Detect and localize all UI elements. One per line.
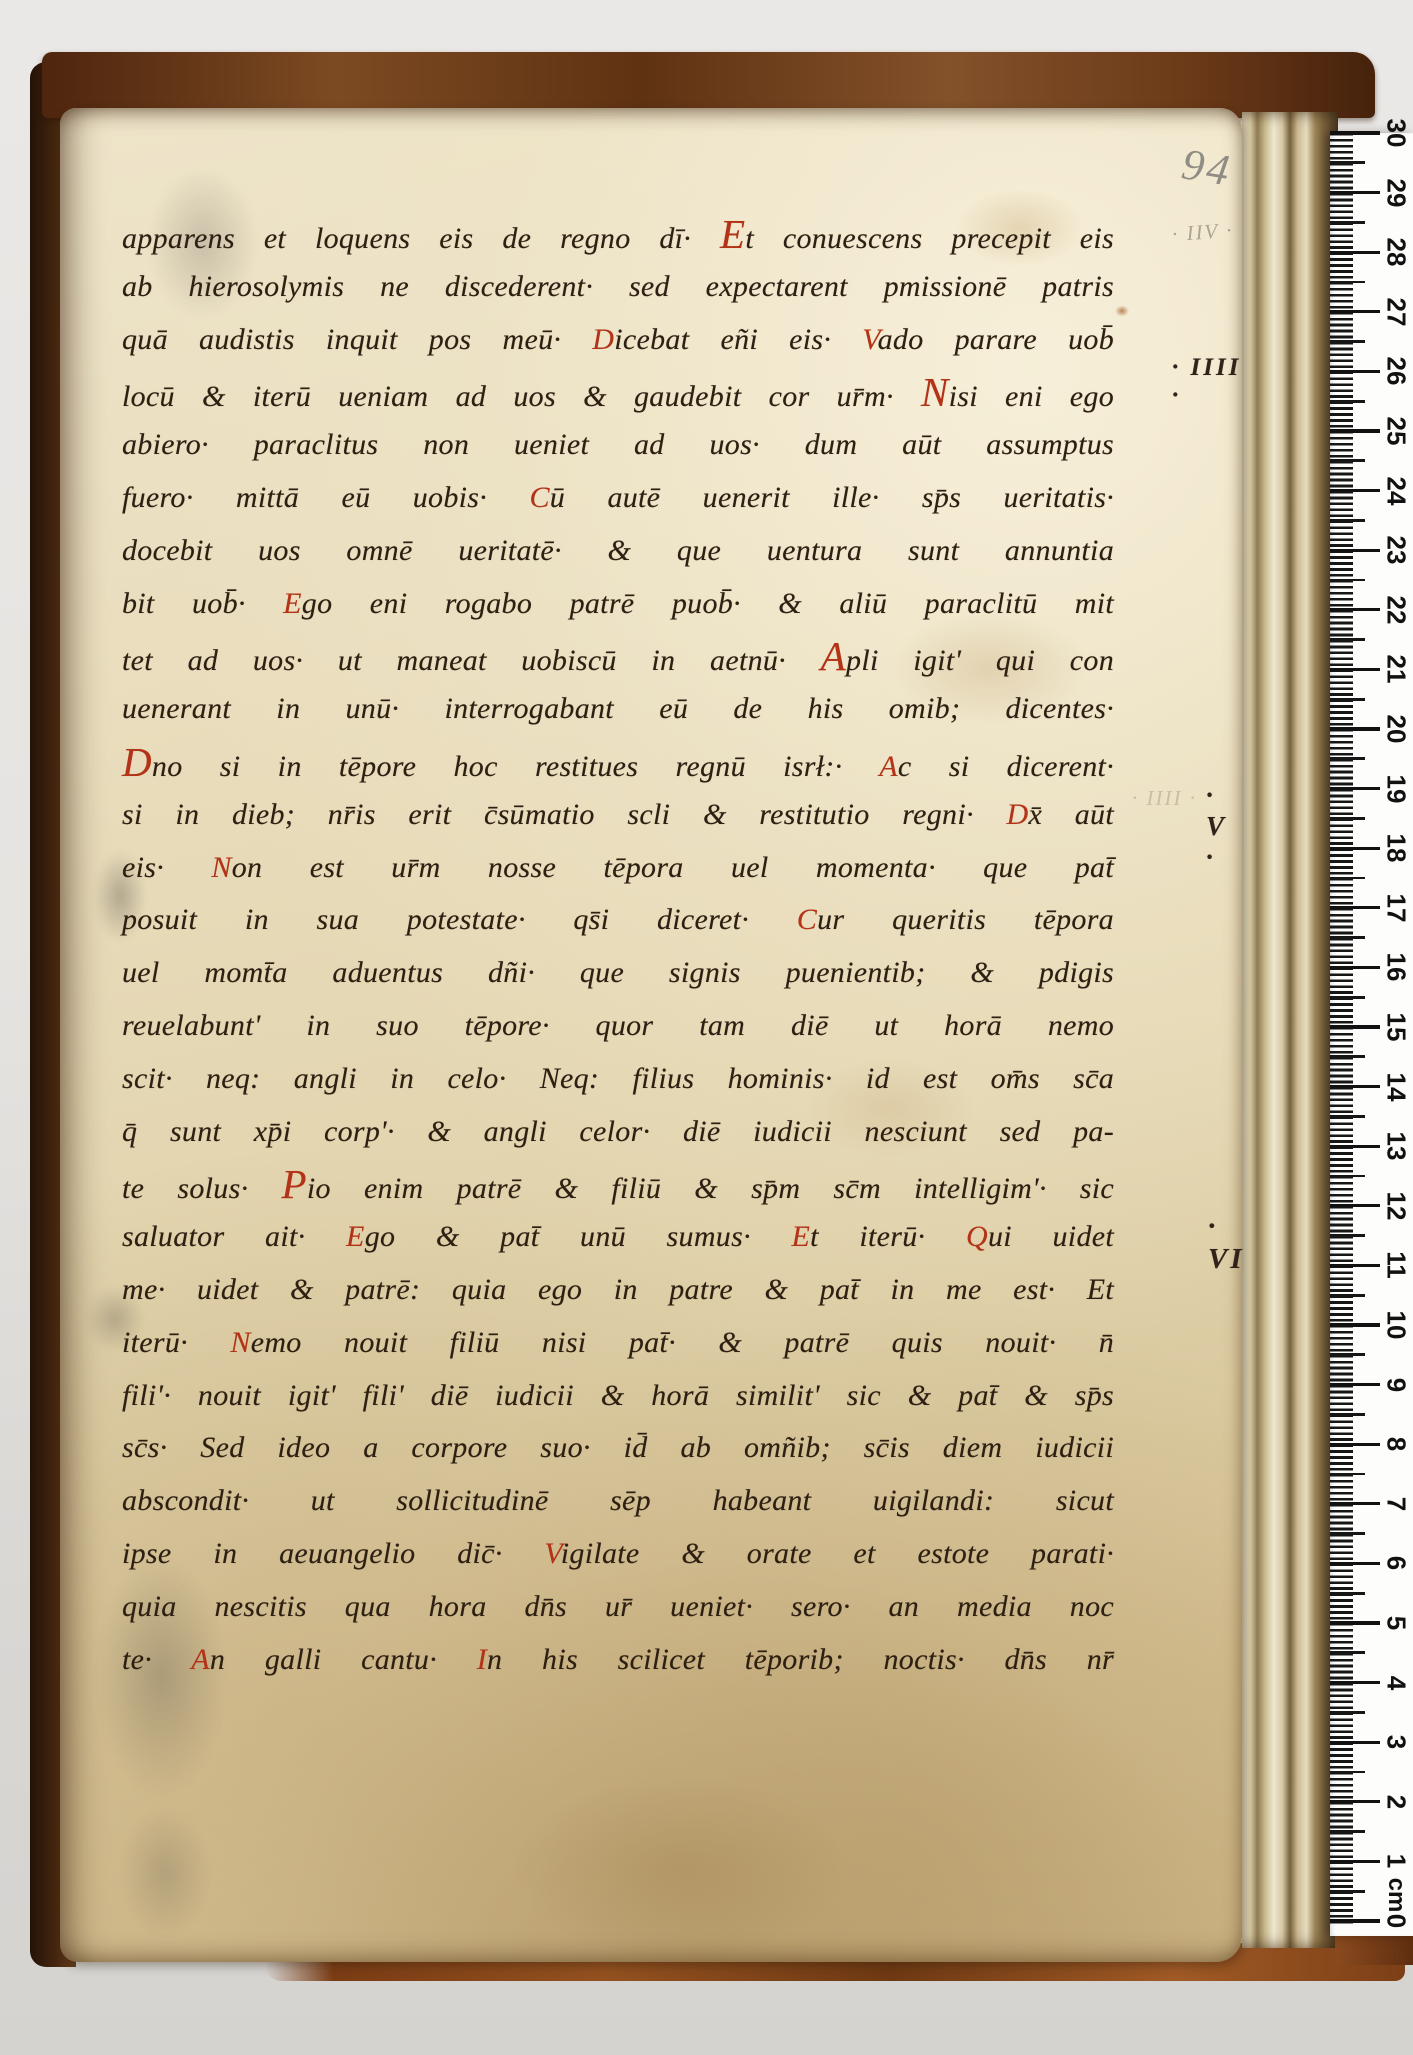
ruler-half-cm-tick bbox=[1330, 1175, 1365, 1178]
ruler-half-cm-tick bbox=[1330, 1890, 1365, 1893]
ruler-cm-tick bbox=[1330, 131, 1380, 134]
ruler-cm-tick bbox=[1330, 489, 1380, 492]
rubricated-initial: I bbox=[477, 1643, 487, 1676]
rubricated-initial: N bbox=[211, 851, 231, 884]
text-segment: ū autē uenerit ille· sp̄s ueritatis· bbox=[550, 481, 1114, 514]
ruler-cm-label: 16 bbox=[1381, 953, 1412, 982]
text-segment: ado parare uob̄ bbox=[878, 323, 1114, 356]
text-line: eis· Non est ur̄m nosse tēpora uel momen… bbox=[122, 842, 1114, 895]
text-segment: go eni rogabo patrē puob̄· & aliū paracl… bbox=[302, 587, 1114, 620]
ruler-half-cm-tick bbox=[1330, 1413, 1365, 1416]
text-segment: pli igit' qui con bbox=[846, 644, 1114, 677]
text-segment: isi eni ego bbox=[949, 380, 1114, 413]
ruler-cm-label: 10 bbox=[1381, 1311, 1412, 1340]
rubricated-initial: C bbox=[797, 903, 817, 936]
text-segment: io enim patrē & filiū & sp̄m sc̄m intell… bbox=[307, 1172, 1114, 1205]
ruler-cm-label: 23 bbox=[1381, 536, 1412, 565]
ruler-half-cm-tick bbox=[1330, 1473, 1365, 1476]
ruler-cm-tick bbox=[1330, 1860, 1380, 1863]
ruler-cm-tick bbox=[1330, 1681, 1380, 1684]
ruler-cm-label: 7 bbox=[1381, 1497, 1412, 1511]
text-segment: uel momt̄a aduentus dñi· que signis puen… bbox=[122, 956, 1114, 989]
ruler-cm-tick bbox=[1330, 847, 1380, 850]
text-line: quā audistis inquit pos meū· Dicebat eñi… bbox=[122, 314, 1114, 367]
show-through-numeral: · IIII · bbox=[1132, 786, 1197, 811]
rubricated-initial: C bbox=[529, 481, 549, 514]
text-segment: abiero· paraclitus non ueniet ad uos· du… bbox=[122, 428, 1114, 461]
text-segment: x̄ aūt bbox=[1028, 798, 1114, 831]
ruler-cm-tick bbox=[1330, 668, 1380, 671]
text-segment: te solus· bbox=[122, 1172, 282, 1205]
ruler-half-cm-tick bbox=[1330, 161, 1365, 164]
quire-numeral-v: · V · bbox=[1206, 780, 1242, 873]
rubricated-initial: E bbox=[283, 587, 302, 620]
text-line: docebit uos omnē ueritatē· & que uentura… bbox=[122, 525, 1114, 578]
text-segment: si in dieb; nr̄is erit c̄sūmatio scli & … bbox=[122, 798, 1006, 831]
text-line: te solus· Pio enim patrē & filiū & sp̄m … bbox=[122, 1158, 1114, 1211]
ruler-cm-label: 21 bbox=[1381, 655, 1412, 684]
text-segment: bit uob̄· bbox=[122, 587, 283, 620]
text-segment: eis· bbox=[122, 851, 211, 884]
ruler-half-cm-tick bbox=[1330, 1532, 1365, 1535]
text-segment: icebat eñi eis· bbox=[614, 323, 862, 356]
ruler-half-cm-tick bbox=[1330, 757, 1365, 760]
charcoal-smudge bbox=[120, 1808, 210, 1938]
rubricated-initial: A bbox=[191, 1643, 210, 1676]
text-segment: n galli cantu· bbox=[210, 1643, 477, 1676]
ruler-cm-label: 15 bbox=[1381, 1013, 1412, 1042]
ruler-cm-tick bbox=[1330, 1025, 1380, 1028]
ruler-cm-tick bbox=[1330, 1085, 1380, 1088]
ruler-half-cm-tick bbox=[1330, 340, 1365, 343]
rubricated-initial: D bbox=[592, 323, 614, 356]
ruler-cm-tick bbox=[1330, 1562, 1380, 1565]
text-line: iterū· Nemo nouit filiū nisi pat̄· & pat… bbox=[122, 1317, 1114, 1370]
ruler-cm-label: 29 bbox=[1381, 178, 1412, 207]
text-line: saluator ait· Ego & pat̄ unū sumus· Et i… bbox=[122, 1211, 1114, 1264]
ruler-cm-tick bbox=[1330, 787, 1380, 790]
text-segment: locū & iterū ueniam ad uos & gaudebit co… bbox=[122, 380, 921, 413]
text-segment: c si dicerent· bbox=[898, 750, 1114, 783]
text-segment: scit· neq: angli in celo· Neq: filius ho… bbox=[122, 1062, 1114, 1095]
text-segment: tet ad uos· ut maneat uobiscū in aetnū· bbox=[122, 644, 821, 677]
rubricated-initial: P bbox=[282, 1161, 307, 1207]
show-through-numeral: · IIV · bbox=[1171, 218, 1234, 247]
ruler-half-cm-tick bbox=[1330, 698, 1365, 701]
text-segment: emo nouit filiū nisi pat̄· & patrē quis … bbox=[251, 1326, 1114, 1359]
ruler-cm-label: 28 bbox=[1381, 238, 1412, 267]
ruler-cm-label: 4 bbox=[1381, 1675, 1412, 1689]
rubricated-initial: E bbox=[720, 211, 745, 257]
ruler-cm-tick bbox=[1330, 549, 1380, 552]
ruler-cm-label: 22 bbox=[1381, 595, 1412, 624]
ruler-cm-tick bbox=[1330, 966, 1380, 969]
text-line: uel momt̄a aduentus dñi· que signis puen… bbox=[122, 947, 1114, 1000]
text-segment: docebit uos omnē ueritatē· & que uentura… bbox=[122, 534, 1114, 567]
photo-stage: 94 · IIV · · IIII · · IIII · · V · · VI … bbox=[0, 0, 1413, 2055]
ruler-cm-label: 1 bbox=[1381, 1854, 1412, 1868]
ruler-cm-tick bbox=[1330, 1264, 1380, 1267]
ruler-half-cm-tick bbox=[1330, 400, 1365, 403]
ruler-half-cm-tick bbox=[1330, 1830, 1365, 1833]
ruler-half-cm-tick bbox=[1330, 817, 1365, 820]
text-segment: reuelabunt' in suo tēpore· quor tam diē … bbox=[122, 1009, 1114, 1042]
text-line: me· uidet & patrē: quia ego in patre & p… bbox=[122, 1264, 1114, 1317]
text-segment: fili'· nouit igit' fili' diē iudicii & h… bbox=[122, 1379, 1114, 1412]
ruler-half-cm-tick bbox=[1330, 877, 1365, 880]
text-segment: n his scilicet tēporib; noctis· dn̄s nr̄ bbox=[487, 1643, 1114, 1676]
ruler-cm-label: 8 bbox=[1381, 1437, 1412, 1451]
text-line: fili'· nouit igit' fili' diē iudicii & h… bbox=[122, 1370, 1114, 1423]
ruler-cm-label: 2 bbox=[1381, 1795, 1412, 1809]
text-segment: quā audistis inquit pos meū· bbox=[122, 323, 592, 356]
rubricated-initial: Q bbox=[966, 1220, 988, 1253]
fore-edge-page-stack bbox=[1242, 112, 1338, 1948]
ruler-cm-tick bbox=[1330, 1919, 1380, 1922]
text-line: si in dieb; nr̄is erit c̄sūmatio scli & … bbox=[122, 789, 1114, 842]
text-line: te· An galli cantu· In his scilicet tēpo… bbox=[122, 1634, 1114, 1687]
ruler-cm-tick bbox=[1330, 1443, 1380, 1446]
rubricated-initial: A bbox=[821, 633, 846, 679]
ruler-cm-label: 20 bbox=[1381, 715, 1412, 744]
text-segment: t conuescens precepit eis bbox=[745, 222, 1114, 255]
ruler-cm-label: 11 bbox=[1381, 1252, 1412, 1280]
ruler-half-cm-tick bbox=[1330, 1651, 1365, 1654]
ruler-half-cm-tick bbox=[1330, 638, 1365, 641]
text-block: apparens et loquens eis de regno dī· Et … bbox=[122, 208, 1114, 1686]
text-segment: te· bbox=[122, 1643, 191, 1676]
ruler-cm-tick bbox=[1330, 727, 1380, 730]
ruler-cm-tick bbox=[1330, 191, 1380, 194]
text-segment: q̄ sunt xp̄i corp'· & angli celor· diē i… bbox=[122, 1115, 1114, 1148]
text-segment: ipse in aeuangelio dic̄· bbox=[122, 1537, 544, 1570]
text-line: apparens et loquens eis de regno dī· Et … bbox=[122, 208, 1114, 261]
rubricated-initial: N bbox=[230, 1326, 250, 1359]
ruler-cm-label: 26 bbox=[1381, 357, 1412, 386]
ruler-cm-label: 14 bbox=[1381, 1072, 1412, 1101]
ruler-half-cm-tick bbox=[1330, 519, 1365, 522]
ruler-cm-tick bbox=[1330, 310, 1380, 313]
rubricated-initial: D bbox=[1006, 798, 1028, 831]
text-line: scit· neq: angli in celo· Neq: filius ho… bbox=[122, 1053, 1114, 1106]
ruler-cm-tick bbox=[1330, 429, 1380, 432]
ruler-cm-tick bbox=[1330, 1145, 1380, 1148]
text-segment: fuero· mittā eū uobis· bbox=[122, 481, 529, 514]
ruler-cm-tick bbox=[1330, 1383, 1380, 1386]
ruler-cm-label: 25 bbox=[1381, 417, 1412, 446]
ruler-half-cm-tick bbox=[1330, 1294, 1365, 1297]
text-segment: ur queritis tēpora bbox=[817, 903, 1114, 936]
ruler-cm-tick bbox=[1330, 1621, 1380, 1624]
text-line: quia nescitis qua hora dn̄s ur̄ ueniet· … bbox=[122, 1581, 1114, 1634]
ruler-cm-label: 5 bbox=[1381, 1616, 1412, 1630]
text-line: posuit in sua potestate· qs̄i diceret· C… bbox=[122, 894, 1114, 947]
ruler-cm-tick bbox=[1330, 1204, 1380, 1207]
text-segment: igilate & orate et estote parati· bbox=[561, 1537, 1114, 1570]
text-line: q̄ sunt xp̄i corp'· & angli celor· diē i… bbox=[122, 1106, 1114, 1159]
rubricated-initial: V bbox=[862, 323, 877, 356]
quire-numeral-iiii: · IIII · bbox=[1172, 354, 1242, 410]
ruler-cm-tick bbox=[1330, 608, 1380, 611]
text-line: fuero· mittā eū uobis· Cū autē uenerit i… bbox=[122, 472, 1114, 525]
text-segment: ab hierosolymis ne discederent· sed expe… bbox=[122, 270, 1114, 303]
ruler-half-cm-tick bbox=[1330, 281, 1365, 284]
ruler-half-cm-tick bbox=[1330, 459, 1365, 462]
text-line: sc̄s· Sed ideo a corpore suo· id̄ ab omñ… bbox=[122, 1422, 1114, 1475]
text-line: abscondit· ut sollicitudinē sēp habeant … bbox=[122, 1475, 1114, 1528]
text-line: reuelabunt' in suo tēpore· quor tam diē … bbox=[122, 1000, 1114, 1053]
ruler-cm-label: 19 bbox=[1381, 774, 1412, 803]
ruler-half-cm-tick bbox=[1330, 996, 1365, 999]
ruler-half-cm-tick bbox=[1330, 1711, 1365, 1714]
ruler-unit-label: cm bbox=[1382, 1878, 1410, 1913]
text-segment: iterū· bbox=[122, 1326, 230, 1359]
text-line: Dno si in tēpore hoc restitues regnū isr… bbox=[122, 736, 1114, 789]
text-segment: no si in tēpore hoc restitues regnū isrł… bbox=[152, 750, 879, 783]
text-line: locū & iterū ueniam ad uos & gaudebit co… bbox=[122, 366, 1114, 419]
text-line: ipse in aeuangelio dic̄· Vigilate & orat… bbox=[122, 1528, 1114, 1581]
manuscript-page: 94 · IIV · · IIII · · IIII · · V · · VI … bbox=[60, 108, 1242, 1962]
text-segment: quia nescitis qua hora dn̄s ur̄ ueniet· … bbox=[122, 1590, 1114, 1623]
text-line: bit uob̄· Ego eni rogabo patrē puob̄· & … bbox=[122, 578, 1114, 631]
ruler-cm-label: 0 bbox=[1381, 1914, 1412, 1928]
quire-numeral-vi: · VI bbox=[1208, 1210, 1245, 1276]
ruler-cm-label: 18 bbox=[1381, 834, 1412, 863]
ruler-half-cm-tick bbox=[1330, 936, 1365, 939]
text-segment: ui uidet bbox=[988, 1220, 1114, 1253]
text-segment: on est ur̄m nosse tēpora uel momenta· qu… bbox=[232, 851, 1114, 884]
ruler-cm-tick bbox=[1330, 370, 1380, 373]
text-segment: me· uidet & patrē: quia ego in patre & p… bbox=[122, 1273, 1114, 1306]
ruler: 0123456789101112131415161718192021222324… bbox=[1330, 133, 1413, 1936]
text-line: ab hierosolymis ne discederent· sed expe… bbox=[122, 261, 1114, 314]
ruler-cm-tick bbox=[1330, 1323, 1380, 1326]
text-segment: saluator ait· bbox=[122, 1220, 346, 1253]
folio-number-pencil: 94 bbox=[1178, 138, 1235, 196]
ruler-half-cm-tick bbox=[1330, 1115, 1365, 1118]
rubricated-initial: A bbox=[879, 750, 898, 783]
ruler-cm-tick bbox=[1330, 251, 1380, 254]
text-segment: apparens et loquens eis de regno dī· bbox=[122, 222, 720, 255]
ruler-cm-tick bbox=[1330, 906, 1380, 909]
rubricated-initial: D bbox=[122, 739, 152, 785]
ruler-cm-label: 17 bbox=[1381, 893, 1412, 922]
text-segment: uenerant in unū· interrogabant eū de his… bbox=[122, 692, 1114, 725]
text-line: abiero· paraclitus non ueniet ad uos· du… bbox=[122, 419, 1114, 472]
ruler-cm-label: 13 bbox=[1381, 1132, 1412, 1161]
ruler-cm-label: 9 bbox=[1381, 1377, 1412, 1391]
text-segment: posuit in sua potestate· qs̄i diceret· bbox=[122, 903, 797, 936]
ruler-cm-tick bbox=[1330, 1800, 1380, 1803]
ruler-cm-tick bbox=[1330, 1741, 1380, 1744]
ruler-cm-label: 24 bbox=[1381, 476, 1412, 505]
rubricated-initial: N bbox=[921, 369, 949, 415]
text-line: tet ad uos· ut maneat uobiscū in aetnū· … bbox=[122, 630, 1114, 683]
ruler-half-cm-tick bbox=[1330, 1055, 1365, 1058]
ruler-cm-label: 12 bbox=[1381, 1191, 1412, 1220]
ruler-cm-label: 3 bbox=[1381, 1735, 1412, 1749]
text-segment: sc̄s· Sed ideo a corpore suo· id̄ ab omñ… bbox=[122, 1431, 1114, 1464]
ruler-half-cm-tick bbox=[1330, 1592, 1365, 1595]
ruler-half-cm-tick bbox=[1330, 221, 1365, 224]
ruler-half-cm-tick bbox=[1330, 579, 1365, 582]
text-segment: go & pat̄ unū sumus· bbox=[365, 1220, 792, 1253]
rubricated-initial: E bbox=[792, 1220, 811, 1253]
ruler-cm-label: 30 bbox=[1381, 119, 1412, 148]
text-line: uenerant in unū· interrogabant eū de his… bbox=[122, 683, 1114, 736]
rubricated-initial: E bbox=[346, 1220, 365, 1253]
ruler-cm-label: 27 bbox=[1381, 297, 1412, 326]
text-segment: abscondit· ut sollicitudinē sēp habeant … bbox=[122, 1484, 1114, 1517]
ruler-half-cm-tick bbox=[1330, 1353, 1365, 1356]
ruler-cm-tick bbox=[1330, 1502, 1380, 1505]
text-segment: t iterū· bbox=[810, 1220, 966, 1253]
ruler-half-cm-tick bbox=[1330, 1771, 1365, 1774]
ruler-cm-label: 6 bbox=[1381, 1556, 1412, 1570]
rubricated-initial: V bbox=[544, 1537, 560, 1570]
ruler-half-cm-tick bbox=[1330, 1234, 1365, 1237]
